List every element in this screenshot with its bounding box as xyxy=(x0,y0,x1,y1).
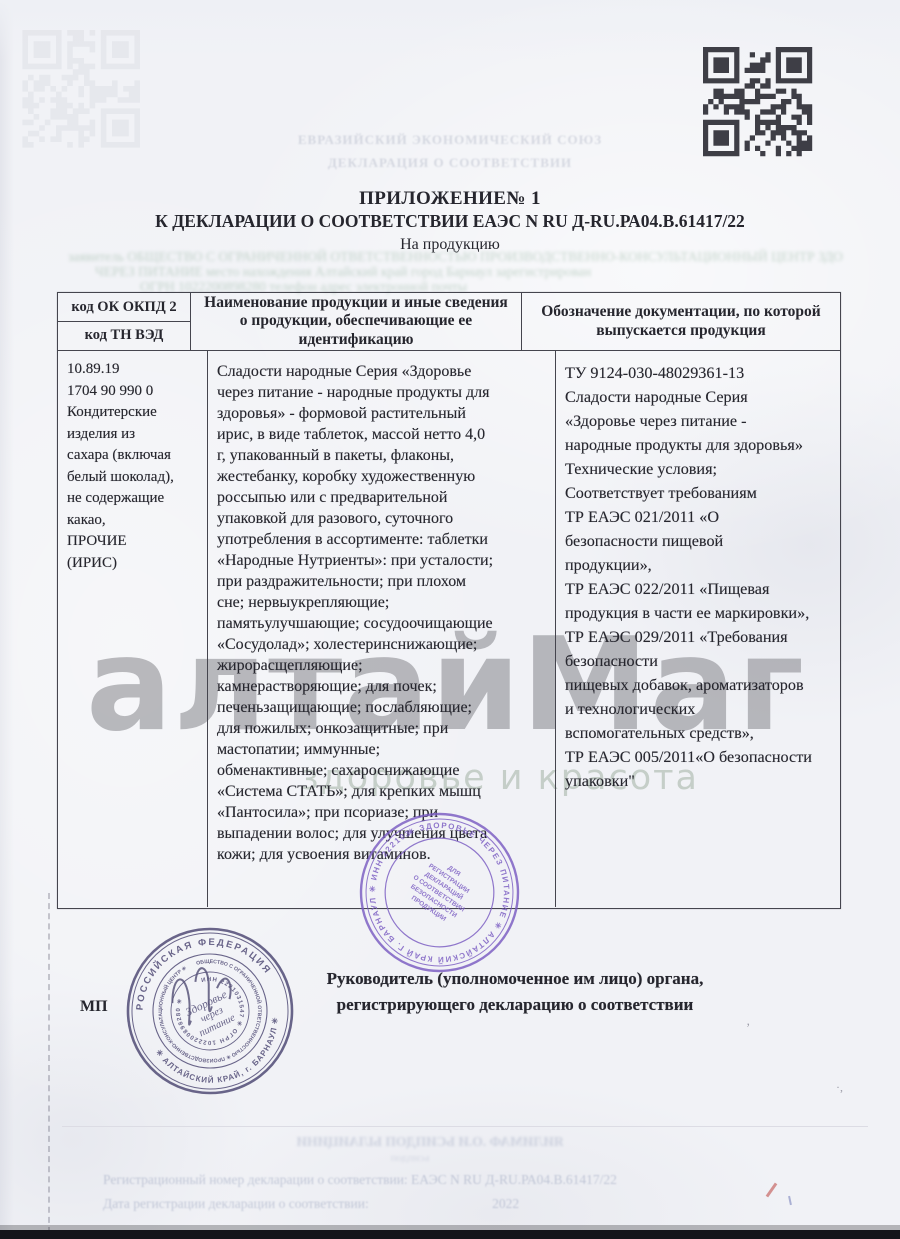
scan-edge xyxy=(0,1230,900,1239)
bleed-bottom-small-fragment: ьсипдоп xyxy=(330,1152,490,1164)
declaration-title-bold: К ДЕКЛАРАЦИИ О СООТВЕТСТВИИ xyxy=(155,211,468,231)
header-cell-docs: Обозначение документации, по которой вып… xyxy=(522,293,840,350)
bleed-reg-date-value: 2022 xyxy=(492,1196,519,1211)
ghost-qr-code xyxy=(22,30,140,148)
bleed-reg-number-line: Регистрационный номер декларации о соотв… xyxy=(103,1172,617,1188)
red-pen-mark xyxy=(766,1183,778,1198)
signatory-line-2: регистрирующего декларацию о соответстви… xyxy=(270,992,760,1018)
pen-speck: ·, xyxy=(836,1080,843,1095)
declaration-title-line: К ДЕКЛАРАЦИИ О СООТВЕТСТВИИ ЕАЭС N RU Д-… xyxy=(0,211,900,232)
blue-pen-mark xyxy=(788,1196,792,1205)
signatory-line-1: Руководитель (уполномоченное им лицо) ор… xyxy=(270,966,760,992)
appendix-title: ПРИЛОЖЕНИЕ№ 1 xyxy=(0,188,900,210)
table-header-row: код ОК ОКПД 2 код ТН ВЭД Наименование пр… xyxy=(58,293,840,351)
mp-label: МП xyxy=(80,998,108,1016)
bleed-bottom-name-line: ЯИЛИМАФ .О.И ЬСИПДОП ЫЛАИЦИНИ xyxy=(250,1134,610,1150)
org-round-stamp: РОССИЙСКАЯ ФЕДЕРАЦИЯ ✳ АЛТАЙСКИЙ КРАЙ, г… xyxy=(104,905,317,1118)
header-cell-okpd: код ОК ОКПД 2 xyxy=(58,293,190,322)
bleed-green-line-2: ЧЕРЕЗ ПИТАНИЕ место нахождения Алтайский… xyxy=(95,264,815,280)
bleed-reg-date-line: Дата регистрации декларации о соответств… xyxy=(103,1196,519,1212)
header-cell-product: Наименование продукции и иные сведения о… xyxy=(191,293,522,350)
fold-line xyxy=(48,893,50,1233)
pen-speck: ʼ xyxy=(746,1020,750,1036)
crease-line xyxy=(62,1126,868,1127)
cell-product-description: Сладости народные Серия «Здоровье через … xyxy=(208,351,556,907)
cell-codes: 10.89.19 1704 90 990 0 Кондитерские изде… xyxy=(58,351,208,907)
bleed-header-line-1: ЕВРАЗИЙСКИЙ ЭКОНОМИЧЕСКИЙ СОЮЗ xyxy=(0,132,900,148)
header-cell-tnved: код ТН ВЭД xyxy=(58,322,190,349)
bleed-green-line-1: заявитель ОБЩЕСТВО С ОГРАНИЧЕННОЙ ОТВЕТС… xyxy=(68,249,843,265)
declaration-number: ЕАЭС N RU Д-RU.РА04.В.61417/22 xyxy=(468,211,744,231)
header-cell-codes: код ОК ОКПД 2 код ТН ВЭД xyxy=(58,293,191,350)
stamp-inner-text: ДЛЯ РЕГИСТРАЦИИ ДЕКЛАРАЦИЙ О СООТВЕТСТВИ… xyxy=(402,851,482,928)
cell-documentation: ТУ 9124-030-48029361-13 Сладости народны… xyxy=(556,351,840,907)
signatory-title: Руководитель (уполномоченное им лицо) ор… xyxy=(270,966,760,1018)
bleed-header-line-2: ДЕКЛАРАЦИЯ О СООТВЕТСТВИИ xyxy=(0,155,900,171)
scanned-declaration-page: ЕВРАЗИЙСКИЙ ЭКОНОМИЧЕСКИЙ СОЮЗ ДЕКЛАРАЦИ… xyxy=(0,0,900,1239)
